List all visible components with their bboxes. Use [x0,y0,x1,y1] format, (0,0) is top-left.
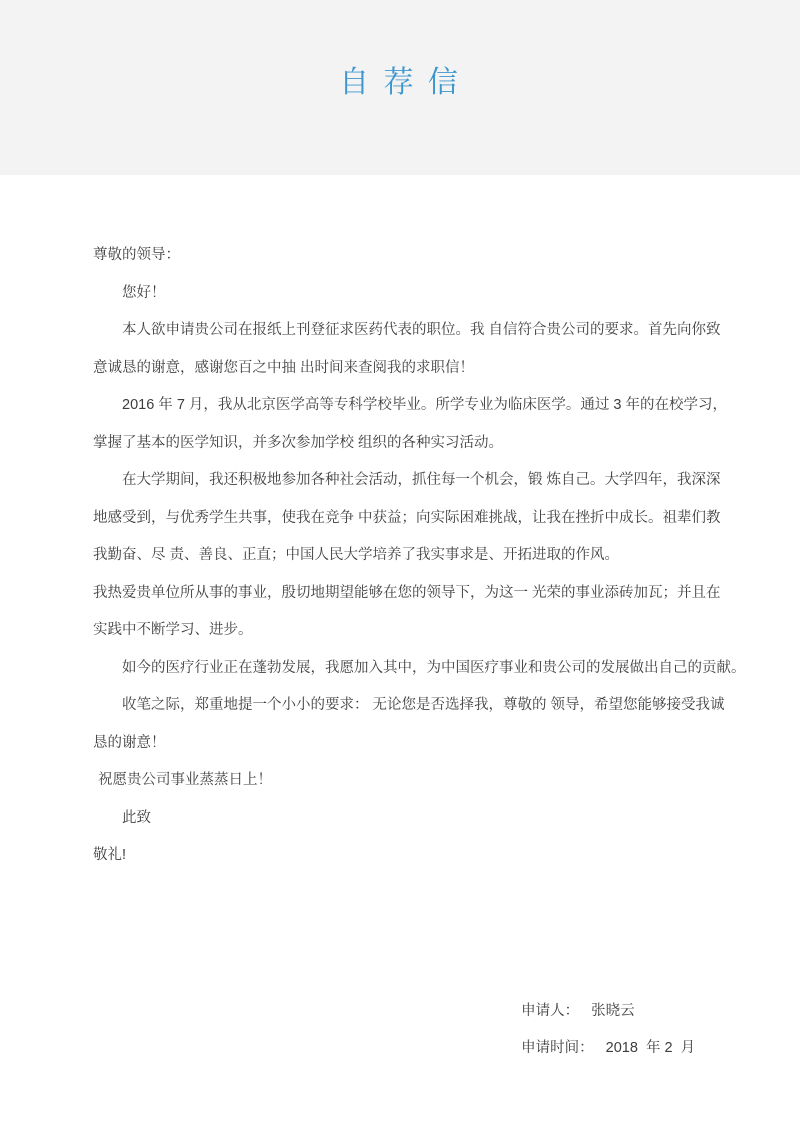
page-title: 自 荐 信 [0,63,800,103]
letter-line: 意诚恳的谢意，感谢您百之中抽 出时间来查阅我的求职信！ [93,350,773,388]
letter-line: 祝愿贵公司事业蒸蒸日上！ [93,762,773,800]
letter-line: 在大学期间，我还积极地参加各种社会活动，抓住每一个机会，锻 炼自己。大学四年，我… [93,462,773,500]
applicant-label: 申请人： [521,1003,579,1019]
date-value: 2018 年 2 月 [606,1040,695,1056]
letter-line: 敬礼! [93,837,773,875]
applicant-name: 张晓云 [591,1003,635,1019]
letter-line: 尊敬的领导： [93,237,773,275]
header-band: 自 荐 信 [0,0,800,175]
signature-block: 申请人：张晓云 申请时间：2018 年 2 月 [497,955,695,1030]
date-label: 申请时间： [521,1040,594,1056]
letter-page: 自 荐 信 尊敬的领导： 您好！ 本人欲申请贵公司在报纸上刊登征求医药代表的职位… [0,0,800,1132]
letter-line: 我勤奋、尽 责、善良、正直；中国人民大学培养了我实事求是、开拓进取的作风。 [93,537,773,575]
letter-line: 此致 [93,800,773,838]
letter-line: 地感受到，与优秀学生共事，使我在竞争 中获益；向实际困难挑战，让我在挫折中成长。… [93,500,773,538]
letter-line: 我热爱贵单位所从事的事业，殷切地期望能够在您的领导下，为这一 光荣的事业添砖加瓦… [93,575,773,613]
applicant-line: 申请人：张晓云 [497,955,695,993]
letter-line: 恳的谢意！ [93,725,773,763]
letter-line: 本人欲申请贵公司在报纸上刊登征求医药代表的职位。我 自信符合贵公司的要求。首先向… [93,312,773,350]
letter-line: 掌握了基本的医学知识，并多次参加学校 组织的各种实习活动。 [93,425,773,463]
letter-line: 实践中不断学习、进步。 [93,612,773,650]
letter-line: 2016 年 7 月，我从北京医学高等专科学校毕业。所学专业为临床医学。通过 3… [93,387,773,425]
letter-line: 如今的医疗行业正在蓬勃发展，我愿加入其中，为中国医疗事业和贵公司的发展做出自己的… [93,650,773,688]
letter-line: 您好！ [93,275,773,313]
letter-line: 收笔之际，郑重地提一个小小的要求： 无论您是否选择我，尊敬的 领导，希望您能够接… [93,687,773,725]
letter-body: 尊敬的领导： 您好！ 本人欲申请贵公司在报纸上刊登征求医药代表的职位。我 自信符… [93,237,773,875]
